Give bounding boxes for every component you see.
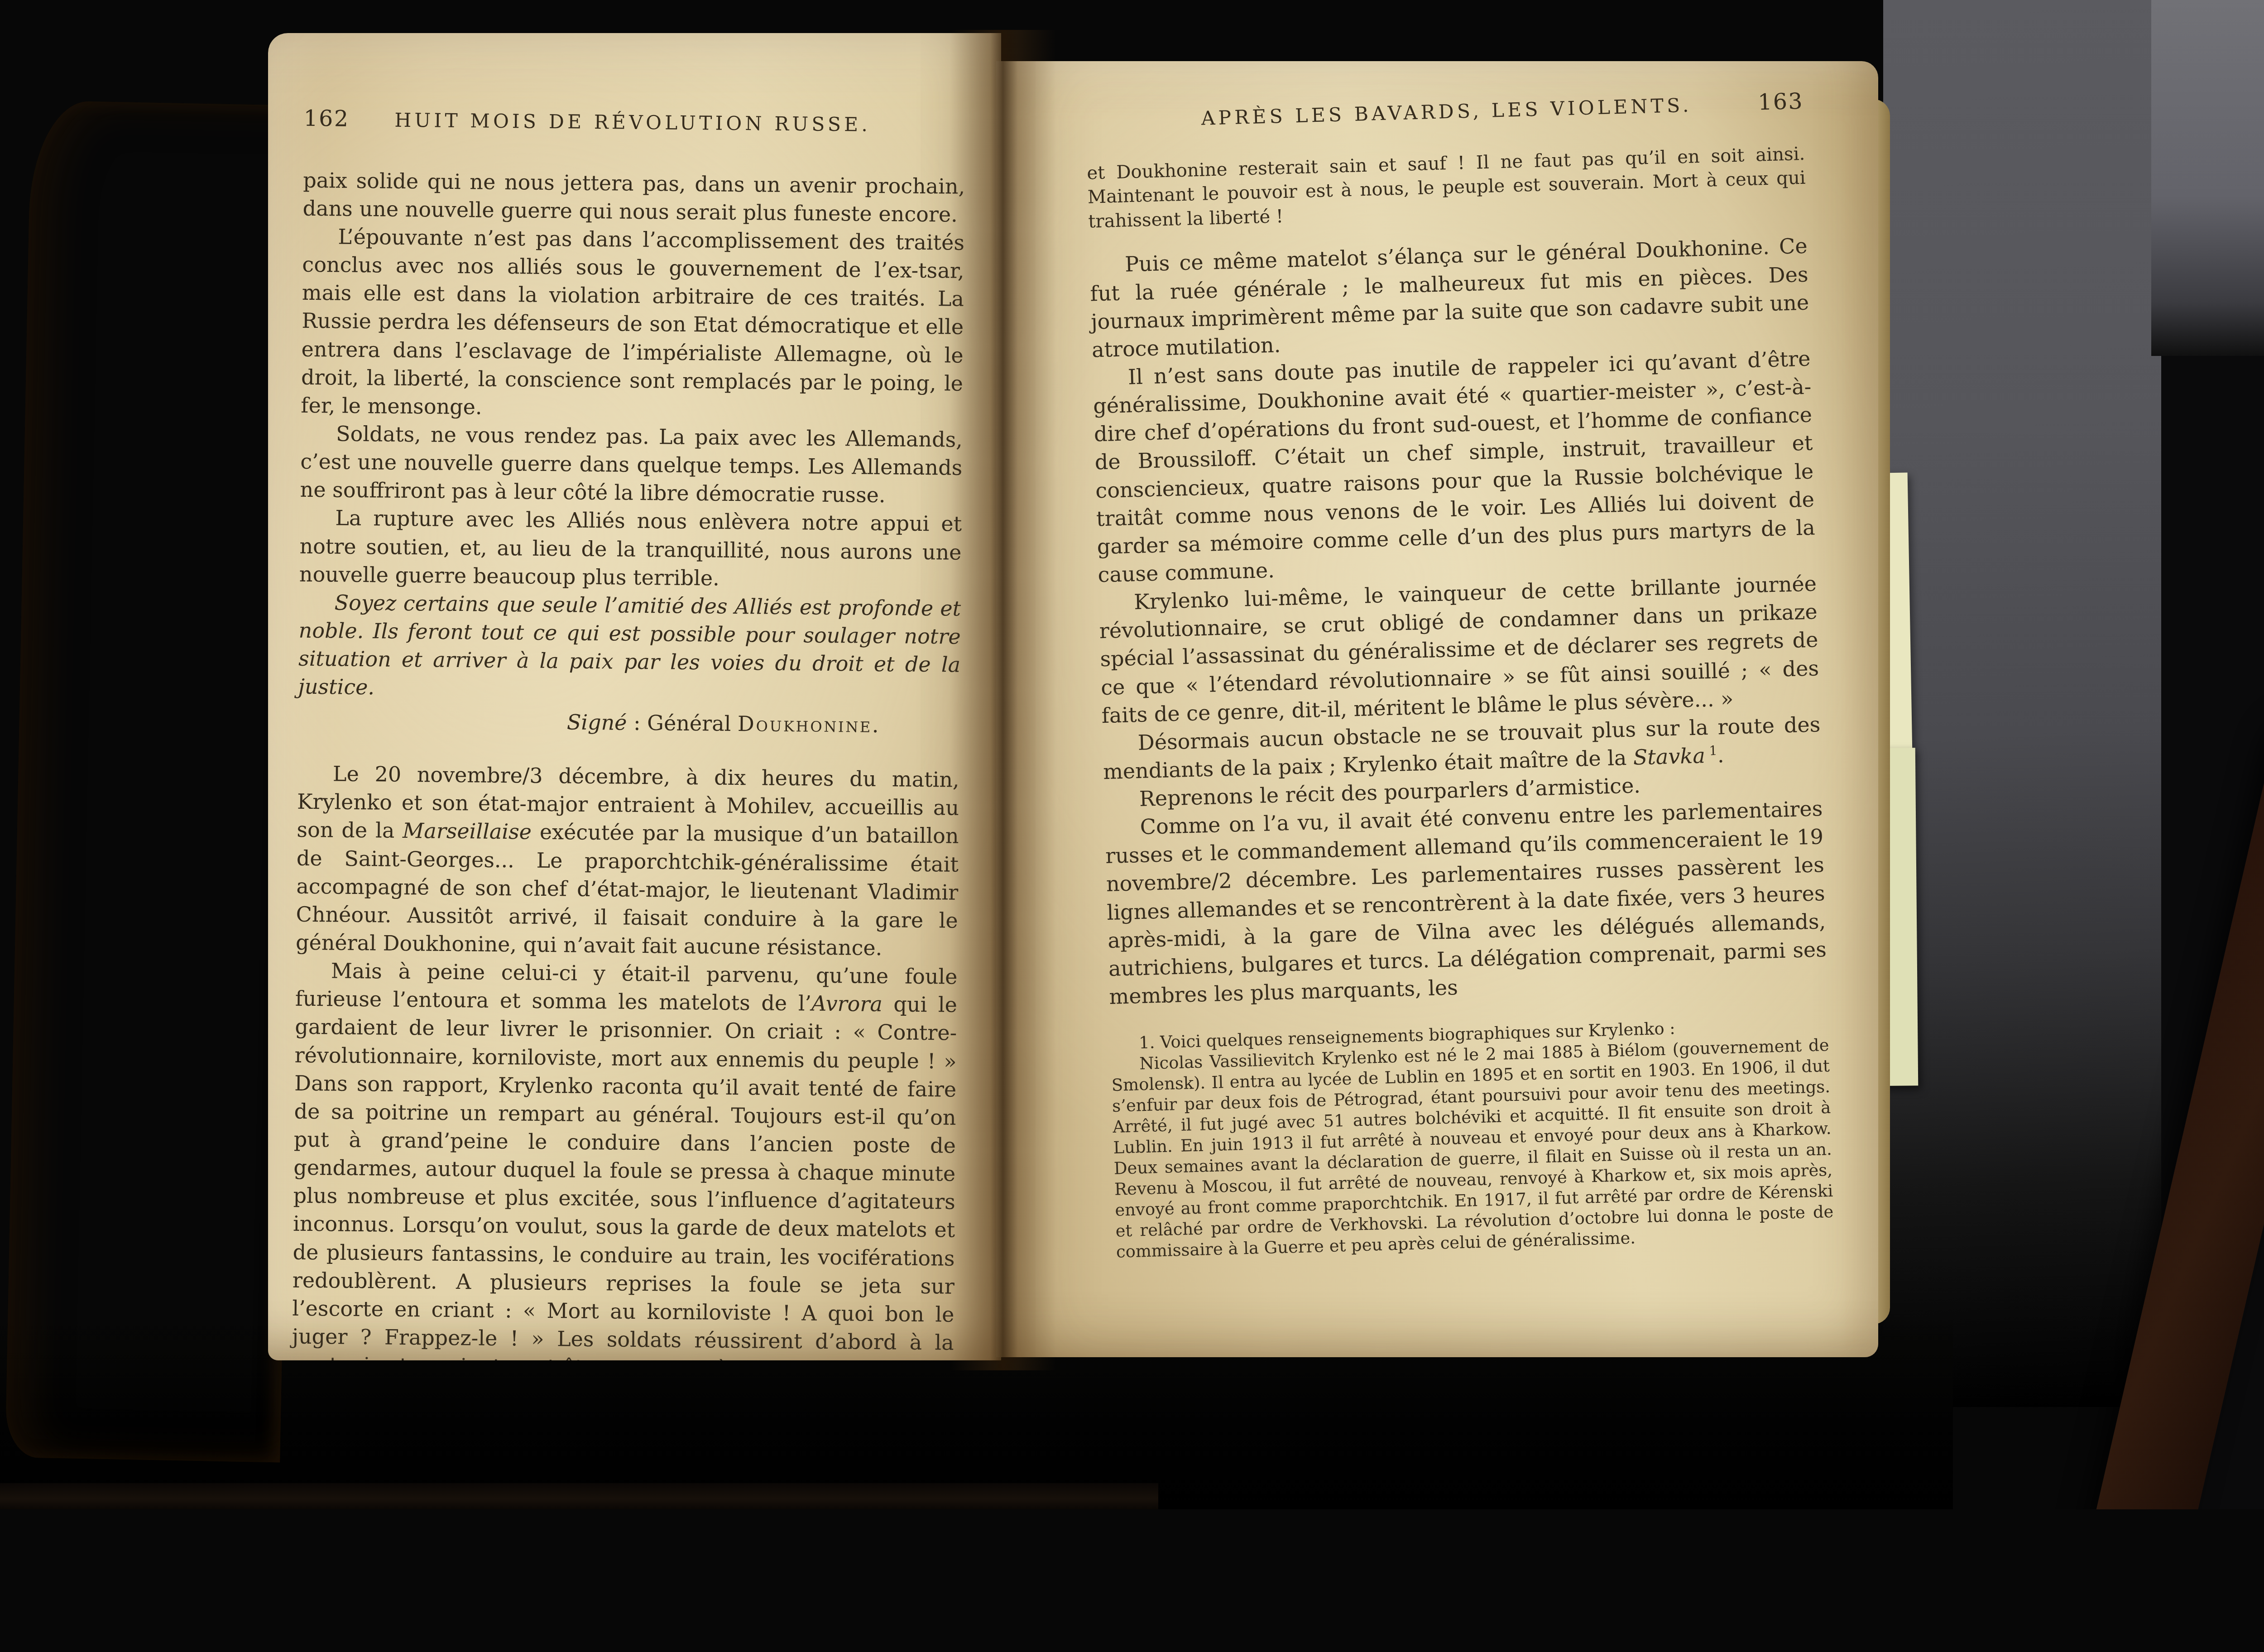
right-text-column: et Doukhonine resterait sain et sauf ! I… [1087, 142, 1828, 1011]
paragraph: et Doukhonine resterait sain et sauf ! I… [1087, 142, 1807, 234]
right-page-header: APRÈS LES BAVARDS, LES VIOLENTS. 163 [1085, 88, 1804, 134]
paragraph: Signé : Général Doukhonine. [298, 706, 960, 740]
paragraph: Krylenko lui-même, le vainqueur de cette… [1098, 570, 1820, 730]
text-run: Il n’est sans doute pas inutile de rappe… [1093, 346, 1816, 587]
page-number: 163 [1758, 88, 1804, 115]
paragraph: Il n’est sans doute pas inutile de rappe… [1092, 345, 1816, 589]
text-run: Avrora [811, 991, 883, 1017]
paragraph: Comme on l’a vu, il avait été convenu en… [1104, 795, 1828, 1011]
left-text-column: paix solide qui ne nous jettera pas, dan… [290, 166, 965, 1361]
shelf-background [1883, 0, 2173, 1407]
left-page-content: 162 HUIT MOIS DE RÉVOLUTION RUSSE. paix … [268, 33, 1001, 1360]
paragraph: Le 20 novembre/3 décembre, à dix heures … [296, 759, 959, 963]
header-spacer [916, 132, 966, 132]
text-run: La rupture avec les Alliés nous enlèvera… [299, 506, 962, 590]
right-page: APRÈS LES BAVARDS, LES VIOLENTS. 163 et … [996, 61, 1878, 1357]
paragraph: La rupture avec les Alliés nous enlèvera… [299, 504, 962, 594]
photo-of-open-book: 162 HUIT MOIS DE RÉVOLUTION RUSSE. paix … [0, 0, 2264, 1509]
paragraph: L’épouvante n’est pas dans l’accomplisse… [301, 222, 964, 426]
paragraph: Nicolas Vassilievitch Krylenko est né le… [1111, 1035, 1834, 1263]
table-edge [0, 1483, 1158, 1509]
paragraph: Soyez certains que seule l’amitié des Al… [298, 588, 961, 707]
left-page-header: 162 HUIT MOIS DE RÉVOLUTION RUSSE. [303, 106, 965, 138]
header-spacer [1086, 127, 1136, 128]
text-run: qui le gardaient de leur livrer le priso… [291, 992, 957, 1360]
paragraph: paix solide qui ne nous jettera pas, dan… [302, 166, 965, 229]
text-run: 1 [1705, 743, 1717, 759]
text-run: L’épouvante n’est pas dans l’accomplisse… [301, 225, 964, 419]
text-run: Puis ce même matelot s’élança sur le gén… [1090, 234, 1809, 362]
text-run: . [1717, 743, 1724, 767]
text-run: Soldats, ne vous rendez pas. La paix ave… [300, 422, 963, 508]
text-run: Doukhonine. [738, 711, 881, 737]
paragraph: Mais à peine celui-ci y était-il parvenu… [291, 956, 958, 1360]
running-title: HUIT MOIS DE RÉVOLUTION RUSSE. [349, 109, 916, 136]
running-title: APRÈS LES BAVARDS, LES VIOLENTS. [1135, 92, 1759, 131]
text-run: Soyez certains que seule l’amitié des Al… [298, 590, 961, 699]
text-run: : Général [627, 711, 738, 736]
paragraph: Puis ce même matelot s’élança sur le gén… [1089, 232, 1810, 364]
footnote: 1. Voici quelques renseignements biograp… [1110, 1014, 1834, 1263]
paragraph: Soldats, ne vous rendez pas. La paix ave… [300, 419, 963, 510]
right-page-content: APRÈS LES BAVARDS, LES VIOLENTS. 163 et … [996, 61, 1878, 1265]
page-stack-edge [5, 100, 306, 1462]
text-run: Nicolas Vassilievitch Krylenko est né le… [1112, 1035, 1834, 1262]
text-run: Signé [567, 710, 627, 735]
text-run: Comme on l’a vu, il avait été convenu en… [1105, 797, 1827, 1009]
text-run: paix solide qui ne nous jettera pas, dan… [303, 168, 965, 227]
text-run: et Doukhonine resterait sain et sauf ! I… [1087, 144, 1806, 232]
text-run: Krylenko lui-même, le vainqueur de cette… [1099, 571, 1819, 728]
shelf-light-strip [2151, 0, 2264, 356]
left-page: 162 HUIT MOIS DE RÉVOLUTION RUSSE. paix … [268, 33, 1001, 1360]
text-run: Marseillaise [403, 818, 532, 844]
text-run: Stavka [1633, 743, 1705, 769]
page-number: 162 [303, 106, 349, 132]
